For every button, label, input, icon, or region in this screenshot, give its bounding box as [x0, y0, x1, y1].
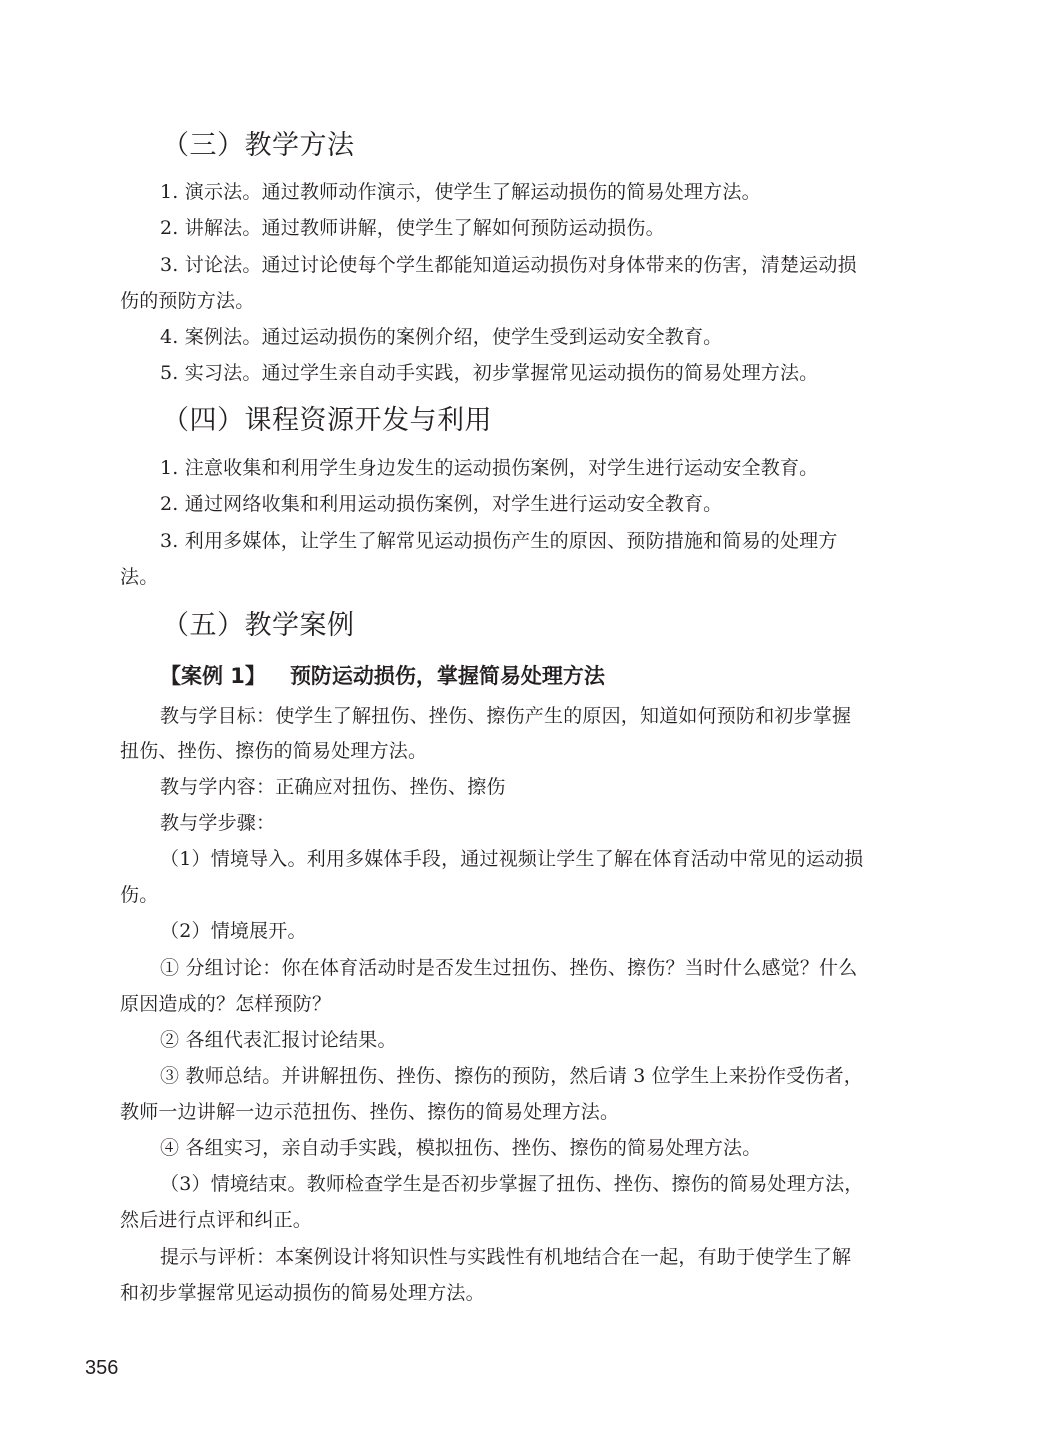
case-1-label: 【案例 1】	[160, 664, 266, 688]
case-substep-3: ③ 教师总结。并讲解扭伤、挫伤、擦伤的预防，然后请 3 位学生上来扮作受伤者，	[160, 1064, 938, 1088]
method-item-5: 5. 实习法。通过学生亲自动手实践，初步掌握常见运动损伤的简易处理方法。	[160, 361, 938, 385]
method-item-2: 2. 讲解法。通过教师讲解，使学生了解如何预防运动损伤。	[160, 216, 938, 240]
resource-item-3-continued: 法。	[120, 565, 938, 589]
case-substep-3-continued: 教师一边讲解一边示范扭伤、挫伤、擦伤的简易处理方法。	[120, 1100, 938, 1124]
method-item-3-continued: 伤的预防方法。	[120, 289, 938, 313]
case-substep-4: ④ 各组实习，亲自动手实践，模拟扭伤、挫伤、擦伤的简易处理方法。	[160, 1136, 938, 1160]
case-content: 教与学内容：正确应对扭伤、挫伤、擦伤	[160, 775, 938, 799]
case-1-heading: 预防运动损伤，掌握简易处理方法	[290, 664, 605, 688]
case-step-1: （1）情境导入。利用多媒体手段，通过视频让学生了解在体育活动中常见的运动损	[160, 847, 938, 871]
case-goal-continued: 扭伤、挫伤、擦伤的简易处理方法。	[120, 739, 938, 763]
case-goal: 教与学目标：使学生了解扭伤、挫伤、擦伤产生的原因，知道如何预防和初步掌握	[160, 704, 938, 728]
case-step-1-continued: 伤。	[120, 883, 938, 907]
page-number: 356	[85, 1356, 118, 1380]
case-substep-2: ② 各组代表汇报讨论结果。	[160, 1028, 938, 1052]
resource-item-3: 3. 利用多媒体，让学生了解常见运动损伤产生的原因、预防措施和简易的处理方	[160, 529, 938, 553]
case-1-title: 【案例 1】预防运动损伤，掌握简易处理方法	[160, 662, 605, 690]
case-commentary: 提示与评析：本案例设计将知识性与实践性有机地结合在一起，有助于使学生了解	[160, 1245, 938, 1269]
method-item-4: 4. 案例法。通过运动损伤的案例介绍，使学生受到运动安全教育。	[160, 325, 938, 349]
method-item-1: 1. 演示法。通过教师动作演示，使学生了解运动损伤的简易处理方法。	[160, 180, 938, 204]
case-step-3-continued: 然后进行点评和纠正。	[120, 1208, 938, 1232]
resource-item-2: 2. 通过网络收集和利用运动损伤案例，对学生进行运动安全教育。	[160, 492, 938, 516]
section-heading-course-resources: （四）课程资源开发与利用	[162, 404, 492, 438]
section-heading-teaching-methods: （三）教学方法	[162, 129, 355, 163]
case-substep-1-continued: 原因造成的？怎样预防？	[120, 992, 938, 1016]
case-substep-1: ① 分组讨论：你在体育活动时是否发生过扭伤、挫伤、擦伤？当时什么感觉？什么	[160, 956, 938, 980]
resource-item-1: 1. 注意收集和利用学生身边发生的运动损伤案例，对学生进行运动安全教育。	[160, 456, 938, 480]
method-item-3: 3. 讨论法。通过讨论使每个学生都能知道运动损伤对身体带来的伤害，清楚运动损	[160, 253, 938, 277]
case-step-2: （2）情境展开。	[160, 919, 938, 943]
document-page: （三）教学方法 1. 演示法。通过教师动作演示，使学生了解运动损伤的简易处理方法…	[0, 0, 1038, 1452]
section-heading-teaching-cases: （五）教学案例	[162, 609, 355, 643]
case-step-3: （3）情境结束。教师检查学生是否初步掌握了扭伤、挫伤、擦伤的简易处理方法，	[160, 1172, 938, 1196]
case-commentary-continued: 和初步掌握常见运动损伤的简易处理方法。	[120, 1281, 938, 1305]
case-steps-label: 教与学步骤：	[160, 811, 938, 835]
